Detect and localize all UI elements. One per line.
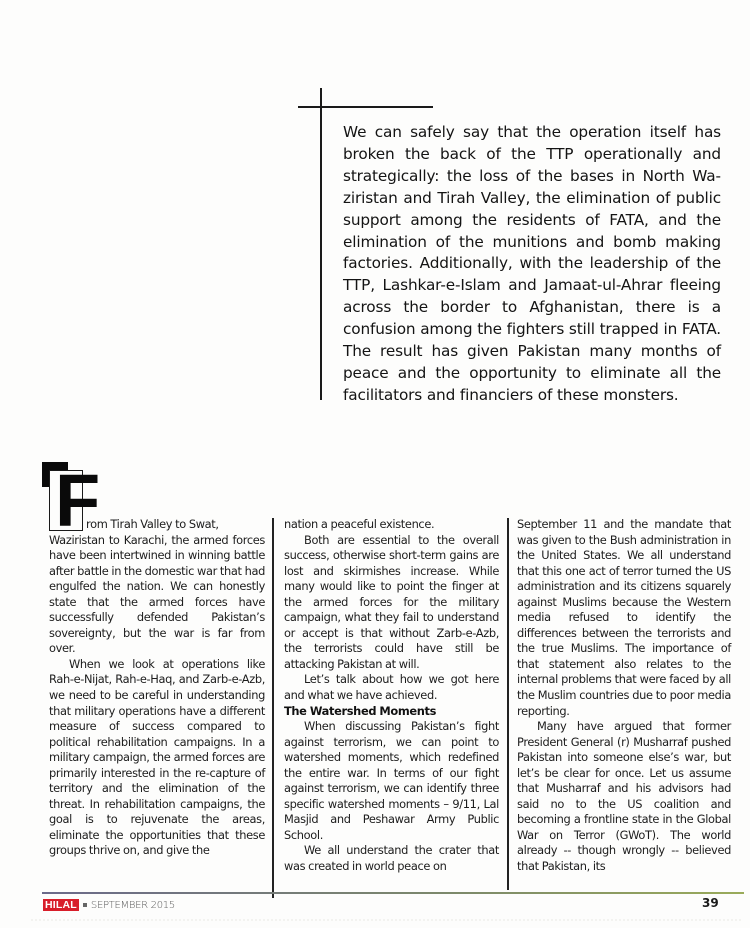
paragraph: When discussing Pakistan’s fight against… [284, 719, 499, 843]
magazine-logo: HILAL [43, 899, 79, 911]
pull-quote-horizontal-rule [298, 106, 433, 108]
paragraph: When we look at operations like Rah-e-Ni… [49, 657, 265, 859]
column-divider [507, 518, 509, 890]
column-divider [272, 518, 274, 898]
article-column-2: nation a peaceful existence. Both are es… [284, 517, 499, 875]
pull-quote-vertical-rule [320, 88, 322, 400]
paragraph: nation a peaceful existence. [284, 517, 499, 533]
article-column-1: rom Tirah Valley to Swat,Waziristan to K… [49, 517, 265, 859]
paragraph: We all understand the crater that was cr… [284, 843, 499, 874]
paragraph-first-line: rom Tirah Valley to Swat, [49, 517, 265, 533]
footer-rule [42, 892, 744, 894]
bullet-icon [83, 903, 87, 907]
paragraph: September 11 and the mandate that was gi… [517, 517, 731, 719]
issue-date: SEPTEMBER 2015 [91, 900, 175, 911]
paragraph: Let’s talk about how we got here and wha… [284, 672, 499, 703]
page-number: 39 [702, 896, 719, 910]
pull-quote: We can safely say that the operation its… [343, 122, 721, 407]
magazine-page: We can safely say that the operation its… [0, 0, 750, 928]
paragraph: rom Tirah Valley to Swat,Waziristan to K… [49, 517, 265, 657]
paragraph: Many have argued that former President G… [517, 719, 731, 874]
section-heading: The Watershed Moments [284, 704, 499, 720]
paragraph: Both are essential to the overall succes… [284, 533, 499, 673]
paragraph-text: Waziristan to Karachi, the armed forces … [49, 533, 265, 656]
article-column-3: September 11 and the mandate that was gi… [517, 517, 731, 875]
scan-artifact [30, 919, 742, 921]
footer-brand: HILAL SEPTEMBER 2015 [43, 899, 175, 911]
